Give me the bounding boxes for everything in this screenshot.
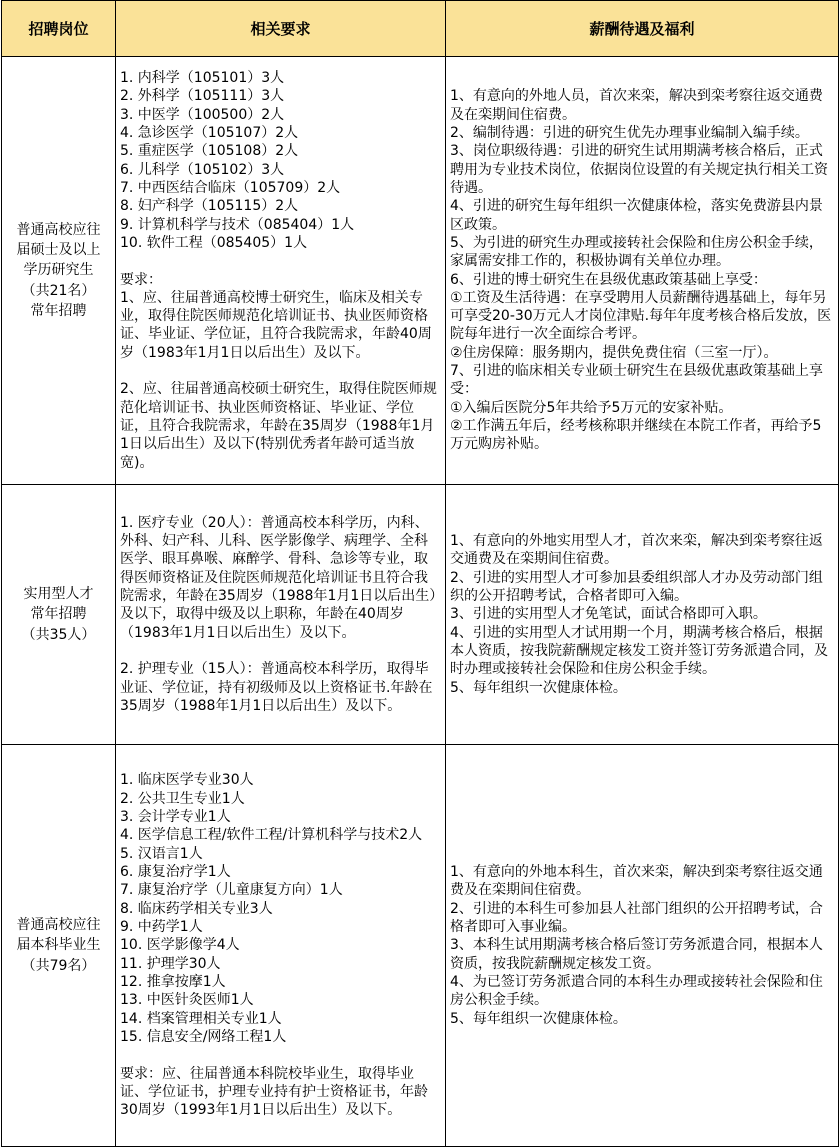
requirements-cell-bachelor: 1. 临床医学专业30人 2. 公共卫生专业1人 3. 会计学专业1人 4. 医… xyxy=(116,745,446,1147)
header-position-column: 招聘岗位 xyxy=(2,1,116,57)
position-cell-graduate: 普通高校应往 届硕士及以上 学历研究生 （共21名） 常年招聘 xyxy=(2,57,116,485)
recruitment-notice-page: 招聘岗位 相关要求 薪酬待遇及福利 普通高校应往 届硕士及以上 学历研究生 （共… xyxy=(0,0,839,1148)
table-row-bachelor: 普通高校应往 届本科毕业生 （共79名） 1. 临床医学专业30人 2. 公共卫… xyxy=(2,745,839,1147)
recruitment-table: 招聘岗位 相关要求 薪酬待遇及福利 普通高校应往 届硕士及以上 学历研究生 （共… xyxy=(1,0,839,1147)
requirements-cell-graduate: 1. 内科学（105101）3人 2. 外科学（105111）3人 3. 中医学… xyxy=(116,57,446,485)
table-row-practical: 实用型人才 常年招聘 （共35人） 1. 医疗专业（20人）：普通高校本科学历，… xyxy=(2,485,839,745)
benefits-cell-bachelor: 1、有意向的外地本科生，首次来栾，解决到栾考察往返交通费及在栾期间住宿费。 2、… xyxy=(446,745,839,1147)
requirements-cell-practical: 1. 医疗专业（20人）：普通高校本科学历，内科、外科、妇产科、儿科、医学影像学… xyxy=(116,485,446,745)
benefits-cell-practical: 1、有意向的外地实用型人才，首次来栾，解决到栾考察往返交通费及在栾期间住宿费。 … xyxy=(446,485,839,745)
position-cell-practical: 实用型人才 常年招聘 （共35人） xyxy=(2,485,116,745)
position-cell-bachelor: 普通高校应往 届本科毕业生 （共79名） xyxy=(2,745,116,1147)
benefits-cell-graduate: 1、有意向的外地人员，首次来栾，解决到栾考察往返交通费及在栾期间住宿费。 2、编… xyxy=(446,57,839,485)
header-benefits-column: 薪酬待遇及福利 xyxy=(446,1,839,57)
header-requirements-column: 相关要求 xyxy=(116,1,446,57)
table-header-row: 招聘岗位 相关要求 薪酬待遇及福利 xyxy=(2,1,839,57)
table-row-graduate: 普通高校应往 届硕士及以上 学历研究生 （共21名） 常年招聘 1. 内科学（1… xyxy=(2,57,839,485)
